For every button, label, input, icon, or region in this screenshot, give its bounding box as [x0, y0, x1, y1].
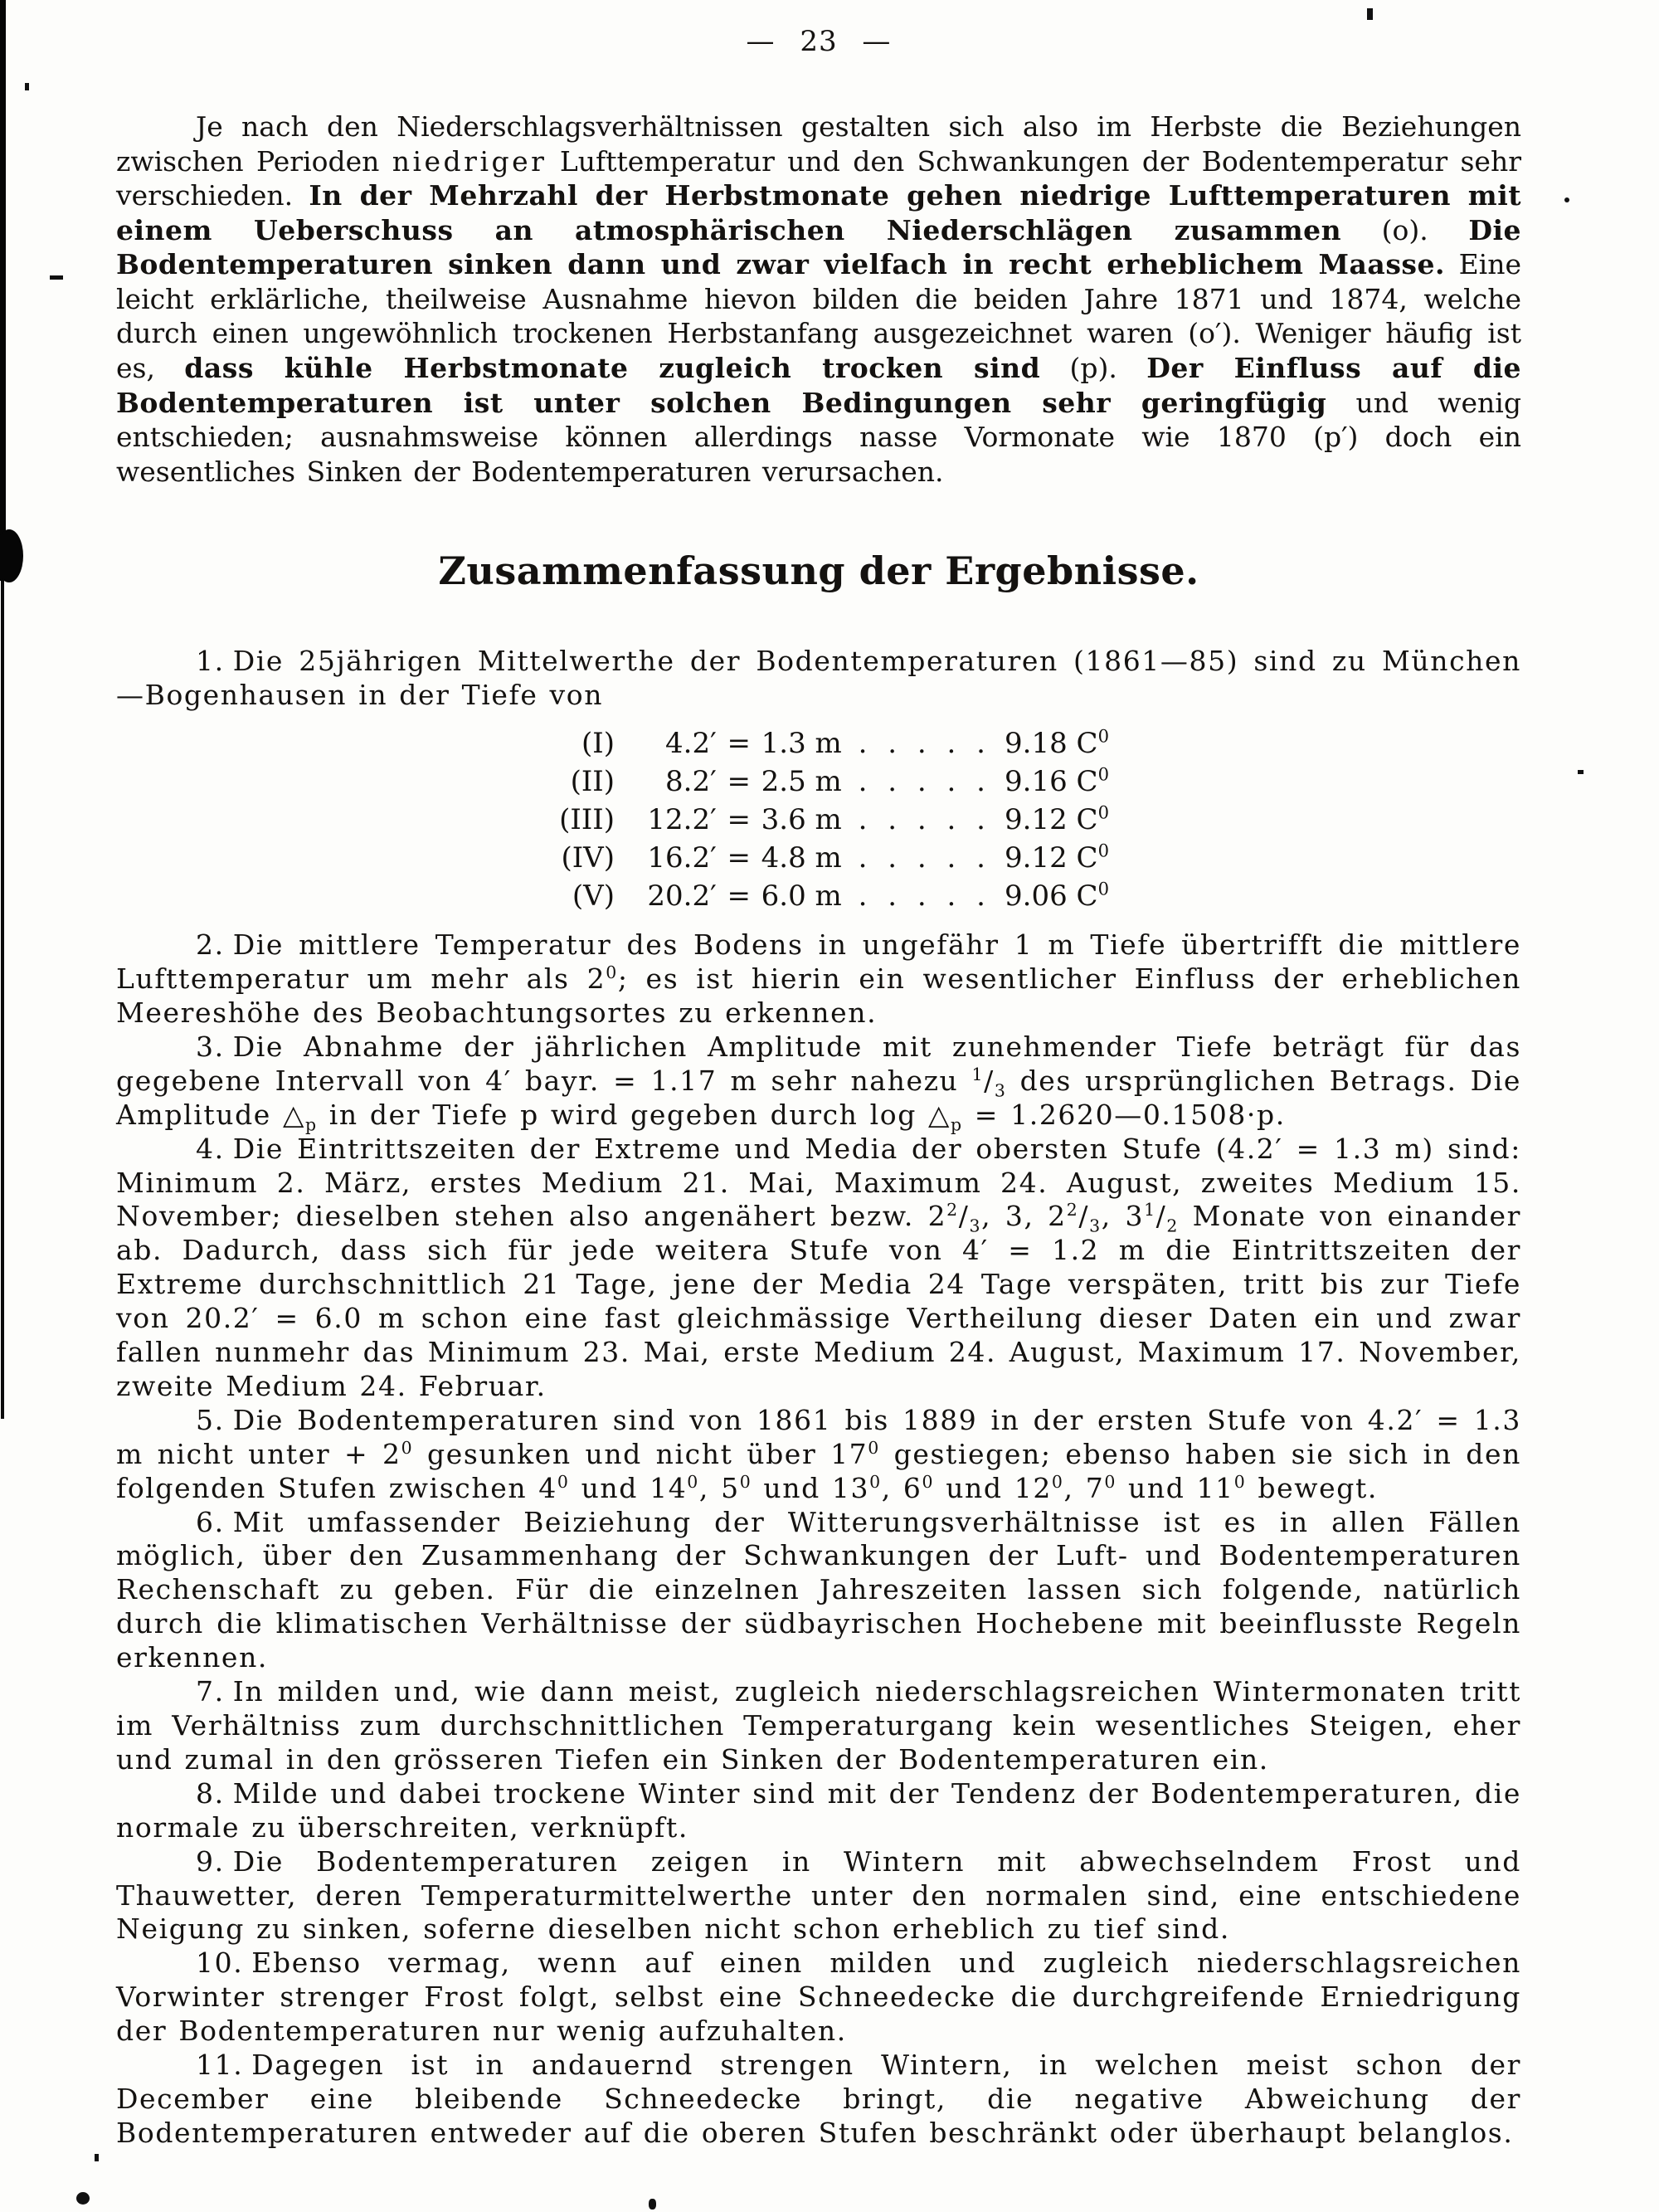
row-label: (V): [528, 877, 640, 915]
text-run: Mit umfassender Beiziehung der Witterung…: [116, 1506, 1521, 1674]
page-number: — 23 —: [116, 25, 1521, 58]
fraction-slash: /: [1156, 1200, 1167, 1232]
depth-meters: 6.0 m: [761, 877, 859, 915]
temperature-value: 9.06 C0: [1005, 877, 1109, 915]
document-page: { "page": { "number_display": "— 23 —" }…: [0, 0, 1659, 2212]
scan-artifact: [76, 2192, 90, 2205]
degree-superscript: 0: [557, 1472, 570, 1492]
depth-feet: 16.2′: [640, 839, 717, 877]
degree-superscript: 0: [401, 1438, 414, 1458]
summary-item-7: 7.In milden und, wie dann meist, zugleic…: [116, 1675, 1521, 1777]
text-run: , 3, 2: [981, 1200, 1067, 1232]
depth-table-row: (IV)16.2′=4.8 m. . . . . .9.12 C0: [528, 839, 1109, 877]
item-number: 1.: [196, 645, 233, 677]
summary-item-8: 8.Milde und dabei trockene Winter sind m…: [116, 1777, 1521, 1845]
row-label: (III): [528, 801, 640, 839]
text-run: 9.06 C: [1005, 879, 1098, 913]
degree-superscript: 0: [922, 1472, 935, 1492]
triangle-delta-symbol: △: [928, 1099, 951, 1131]
degree-superscript: 0: [1098, 879, 1109, 899]
text-run: , 3: [1102, 1200, 1144, 1232]
scan-artifact: [0, 0, 6, 581]
degree-superscript: 0: [1098, 802, 1109, 823]
item-number: 5.: [196, 1404, 233, 1436]
text-run: in der Tiefe p wird gegeben durch log: [318, 1099, 928, 1131]
depth-meters: 3.6 m: [761, 801, 859, 839]
temperature-value: 9.12 C0: [1005, 839, 1109, 877]
fraction-numerator: 1: [972, 1065, 985, 1084]
degree-superscript: 0: [1098, 726, 1109, 747]
depth-feet: 20.2′: [640, 877, 717, 915]
equals-sign: =: [717, 877, 761, 915]
equals-sign: =: [717, 839, 761, 877]
degree-superscript: 0: [868, 1438, 880, 1458]
dot-leader: . . . . . .: [859, 724, 1005, 763]
text-run: (o).: [1341, 214, 1468, 246]
text-run: Die 25jährigen Mittelwerthe der Bodentem…: [116, 645, 1521, 711]
depth-feet: 12.2′: [640, 801, 717, 839]
scan-artifact: [649, 2199, 656, 2210]
fraction-slash: /: [959, 1200, 970, 1232]
depth-feet: 8.2′: [640, 763, 717, 801]
degree-superscript: 0: [687, 1472, 699, 1492]
depth-table-row: (II)8.2′=2.5 m. . . . . .9.16 C0: [528, 763, 1109, 801]
depth-meters: 4.8 m: [761, 839, 859, 877]
text-run: 9.18 C: [1005, 727, 1098, 760]
summary-item-10: 10.Ebenso vermag, wenn auf einen milden …: [116, 1946, 1521, 2049]
depth-feet: 4.2′: [640, 724, 717, 763]
item-number: 6.: [196, 1506, 233, 1538]
text-run: , 6: [882, 1472, 922, 1504]
item-number: 4.: [196, 1133, 233, 1165]
text-run: (p).: [1040, 352, 1146, 384]
depth-table: (I)4.2′=1.3 m. . . . . .9.18 C0 (II)8.2′…: [528, 724, 1109, 915]
summary-item-6: 6.Mit umfassender Beiziehung der Witteru…: [116, 1506, 1521, 1676]
degree-superscript: 0: [1098, 840, 1109, 861]
section-heading: Zusammenfassung der Ergebnisse.: [116, 548, 1521, 593]
text-run: Milde und dabei trockene Winter sind mit…: [116, 1777, 1521, 1844]
fraction-numerator: 1: [1144, 1200, 1156, 1220]
temperature-value: 9.16 C0: [1005, 763, 1109, 801]
scan-artifact: [1, 581, 4, 1419]
text-run: In milden und, wie dann meist, zugleich …: [116, 1675, 1521, 1776]
equals-sign: =: [717, 724, 761, 763]
scan-artifact: [1564, 197, 1569, 202]
degree-superscript: 0: [1234, 1472, 1247, 1492]
text-run: gesunken und nicht über 17: [413, 1438, 868, 1470]
scan-artifact: [0, 529, 23, 582]
text-run: und 11: [1117, 1472, 1234, 1504]
dot-leader: . . . . . .: [859, 839, 1005, 877]
summary-item-11: 11.Dagegen ist in andauernd strengen Win…: [116, 2049, 1521, 2151]
degree-superscript: 0: [1052, 1472, 1064, 1492]
degree-superscript: 0: [1098, 764, 1109, 785]
row-label: (IV): [528, 839, 640, 877]
item-number: 11.: [196, 2049, 251, 2081]
text-run: Die Bodentemperaturen zeigen in Wintern …: [116, 1845, 1521, 1946]
fraction-numerator: 2: [946, 1200, 959, 1220]
row-label: (II): [528, 763, 640, 801]
summary-item-3: 3.Die Abnahme der jährlichen Amplitude m…: [116, 1030, 1521, 1133]
text-run: Ebenso vermag, wenn auf einen milden und…: [116, 1946, 1521, 2047]
text-run: bewegt.: [1246, 1472, 1378, 1504]
dot-leader: . . . . . .: [859, 801, 1005, 839]
degree-superscript: 0: [606, 962, 618, 982]
summary-item-5: 5.Die Bodentemperaturen sind von 1861 bi…: [116, 1404, 1521, 1506]
text-run: 9.12 C: [1005, 803, 1098, 836]
depth-table-row: (V)20.2′=6.0 m. . . . . .9.06 C0: [528, 877, 1109, 915]
summary-item-1: 1.Die 25jährigen Mittelwerthe der Bodent…: [116, 645, 1521, 713]
fraction-slash: /: [1078, 1200, 1089, 1232]
degree-superscript: 0: [1104, 1472, 1117, 1492]
intro-paragraph: Je nach den Niederschlagsverhältnissen g…: [116, 110, 1521, 489]
page-body: — 23 — Je nach den Niederschlagsverhältn…: [116, 25, 1521, 2151]
item-number: 9.: [196, 1845, 233, 1878]
summary-item-4: 4.Die Eintrittszeiten der Extreme und Me…: [116, 1133, 1521, 1404]
degree-superscript: 0: [740, 1472, 752, 1492]
item-number: 8.: [196, 1777, 233, 1810]
text-run: Dagegen ist in andauernd strengen Winter…: [116, 2049, 1521, 2149]
depth-table-row: (I)4.2′=1.3 m. . . . . .9.18 C0: [528, 724, 1109, 763]
scan-artifact: [1578, 770, 1584, 774]
temperature-value: 9.12 C0: [1005, 801, 1109, 839]
text-run: und 14: [569, 1472, 687, 1504]
item-number: 3.: [196, 1030, 233, 1063]
scan-artifact: [95, 2154, 99, 2161]
fraction-slash: /: [984, 1065, 995, 1097]
text-run: , 7: [1064, 1472, 1105, 1504]
row-label: (I): [528, 724, 640, 763]
equals-sign: =: [717, 763, 761, 801]
scan-artifact: [1367, 8, 1373, 20]
text-run: 9.16 C: [1005, 765, 1098, 798]
dot-leader: . . . . . .: [859, 877, 1005, 915]
item-number: 2.: [196, 928, 233, 961]
text-run: und 12: [934, 1472, 1052, 1504]
summary-item-9: 9.Die Bodentemperaturen zeigen in Winter…: [116, 1845, 1521, 1947]
equals-sign: =: [717, 801, 761, 839]
scan-artifact: [25, 83, 29, 90]
text-run-bold: dass kühle Herbstmonate zugleich trocken…: [184, 352, 1040, 384]
dot-leader: . . . . . .: [859, 763, 1005, 801]
depth-meters: 1.3 m: [761, 724, 859, 763]
text-run: = 1.2620—0.1508·p.: [963, 1099, 1286, 1131]
text-run: , 5: [699, 1472, 740, 1504]
depth-meters: 2.5 m: [761, 763, 859, 801]
text-run-bold: In der Mehrzahl der Herbstmonate gehen n…: [116, 179, 1521, 246]
text-run-emphasized: niedriger: [392, 145, 547, 178]
fraction-numerator: 2: [1067, 1200, 1079, 1220]
triangle-delta-symbol: △: [283, 1099, 305, 1131]
depth-table-row: (III)12.2′=3.6 m. . . . . .9.12 C0: [528, 801, 1109, 839]
scan-artifact: [50, 275, 63, 280]
text-run: und 13: [752, 1472, 869, 1504]
temperature-value: 9.18 C0: [1005, 724, 1109, 763]
degree-superscript: 0: [869, 1472, 882, 1492]
item-number: 10.: [196, 1946, 251, 1979]
summary-item-2: 2.Die mittlere Temperatur des Bodens in …: [116, 928, 1521, 1030]
text-run: 9.12 C: [1005, 841, 1098, 875]
item-number: 7.: [196, 1675, 233, 1708]
